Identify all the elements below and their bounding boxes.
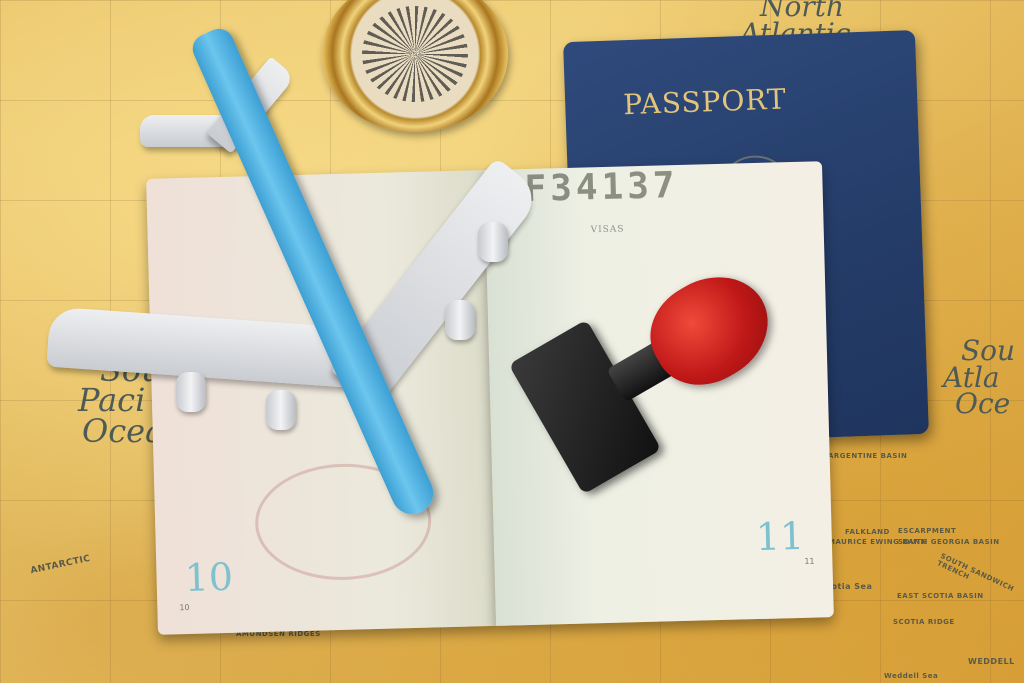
perforated-number: F34137 [524,165,679,210]
map-label-scotia-ridge: SCOTIA RIDGE [893,618,955,626]
plane-engine [478,222,508,262]
map-label-escarpment: ESCARPMENT [898,527,956,535]
map-text: Oce [955,391,1015,418]
page-number-left: 10 [184,555,233,600]
small-page-number-left: 10 [179,603,189,612]
page-number-right: 11 [755,514,804,559]
map-label-south-georgia: SOUTH GEORGIA BASIN [898,538,1000,546]
perforated-number-text: F34137 [524,165,679,210]
map-label-weddell-sea: Weddell Sea [884,672,938,680]
map-label-east-scotia: EAST SCOTIA BASIN [897,592,984,600]
travel-photo: North Atlantic Sou Paci Ocea Sou Atla Oc… [0,0,1024,683]
plane-engine [445,300,475,340]
visas-label: VISAS [591,224,625,235]
map-label-weddell: WEDDELL [968,657,1015,666]
plane-engine [266,390,296,430]
passport-title: PASSPORT [623,83,787,122]
compass-rose-icon [362,6,468,102]
map-label-argentine-basin: ARGENTINE BASIN [828,452,907,460]
map-label-south-atlantic: Sou Atla Oce [955,338,1015,418]
map-label-falkland: FALKLAND [845,528,890,536]
small-page-number-right: 11 [804,557,814,566]
plane-engine [176,372,206,412]
